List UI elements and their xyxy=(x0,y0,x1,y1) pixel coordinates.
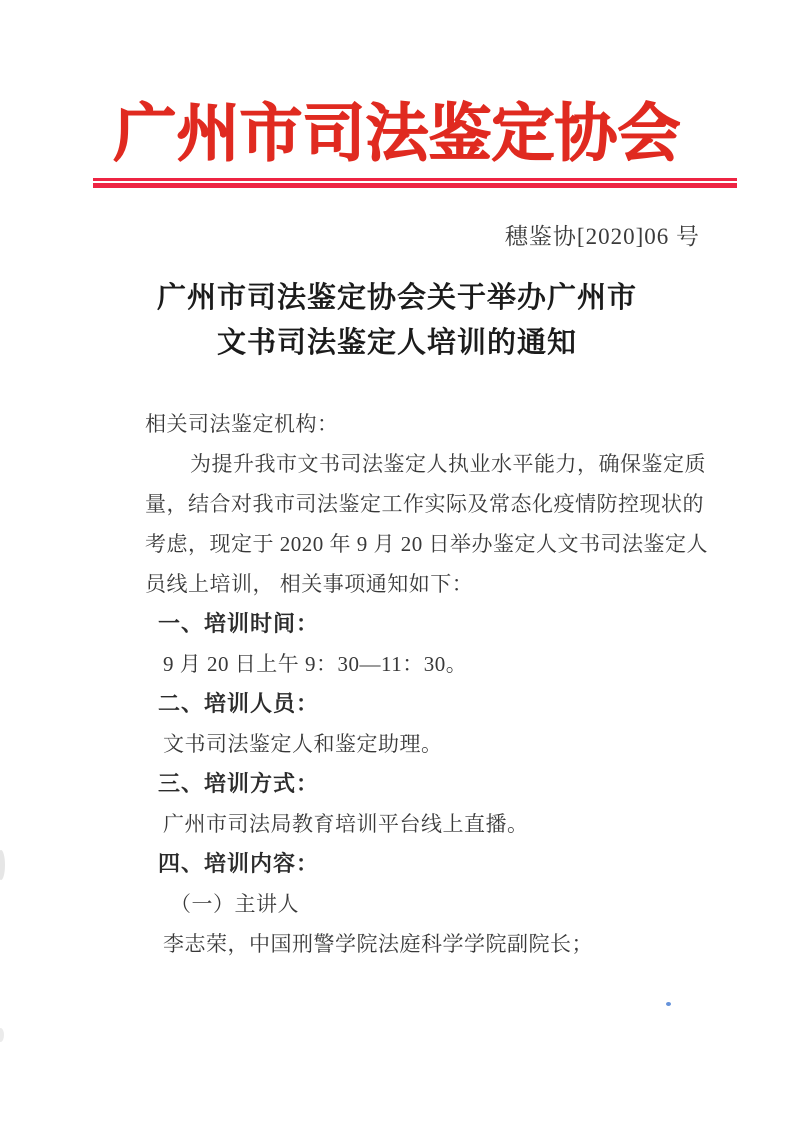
notice-title-line2: 文书司法鉴定人培训的通知 xyxy=(0,321,794,366)
ink-dot-artifact xyxy=(666,1002,671,1006)
notice-title-line1: 广州市司法鉴定协会关于举办广州市 xyxy=(0,276,794,321)
letterhead-org-name: 广州市司法鉴定协会 xyxy=(0,94,794,174)
notice-title: 广州市司法鉴定协会关于举办广州市 文书司法鉴定人培训的通知 xyxy=(0,276,794,366)
body-line: 员线上培训， 相关事项通知如下： xyxy=(145,564,705,604)
scan-edge-artifact xyxy=(0,1028,4,1042)
letterhead-rule xyxy=(93,178,737,188)
body-line: （一）主讲人 xyxy=(170,884,705,924)
body-line: 为提升我市文书司法鉴定人执业水平能力，确保鉴定质 xyxy=(190,444,705,484)
body-line: 9 月 20 日上午 9：30—11：30。 xyxy=(163,644,705,684)
body-lines: 相关司法鉴定机构：为提升我市文书司法鉴定人执业水平能力，确保鉴定质量，结合对我市… xyxy=(145,404,705,964)
body-line: 二、培训人员： xyxy=(158,684,705,724)
body-line: 李志荣，中国刑警学院法庭科学学院副院长； xyxy=(163,924,705,964)
doc-number: 穗鉴协[2020]06 号 xyxy=(505,218,700,251)
body-line: 文书司法鉴定人和鉴定助理。 xyxy=(163,724,705,764)
scan-edge-artifact xyxy=(0,850,5,880)
scanned-notice-page: 广州市司法鉴定协会 穗鉴协[2020]06 号 广州市司法鉴定协会关于举办广州市… xyxy=(0,0,794,1122)
body-line: 四、培训内容： xyxy=(158,844,705,884)
body-line: 广州市司法局教育培训平台线上直播。 xyxy=(163,804,705,844)
body-line: 三、培训方式： xyxy=(158,764,705,804)
body-line: 量，结合对我市司法鉴定工作实际及常态化疫情防控现状的 xyxy=(145,484,705,524)
body-line: 相关司法鉴定机构： xyxy=(145,404,705,444)
body-line: 一、培训时间： xyxy=(158,604,705,644)
body-line: 考虑，现定于 2020 年 9 月 20 日举办鉴定人文书司法鉴定人 xyxy=(145,524,705,564)
